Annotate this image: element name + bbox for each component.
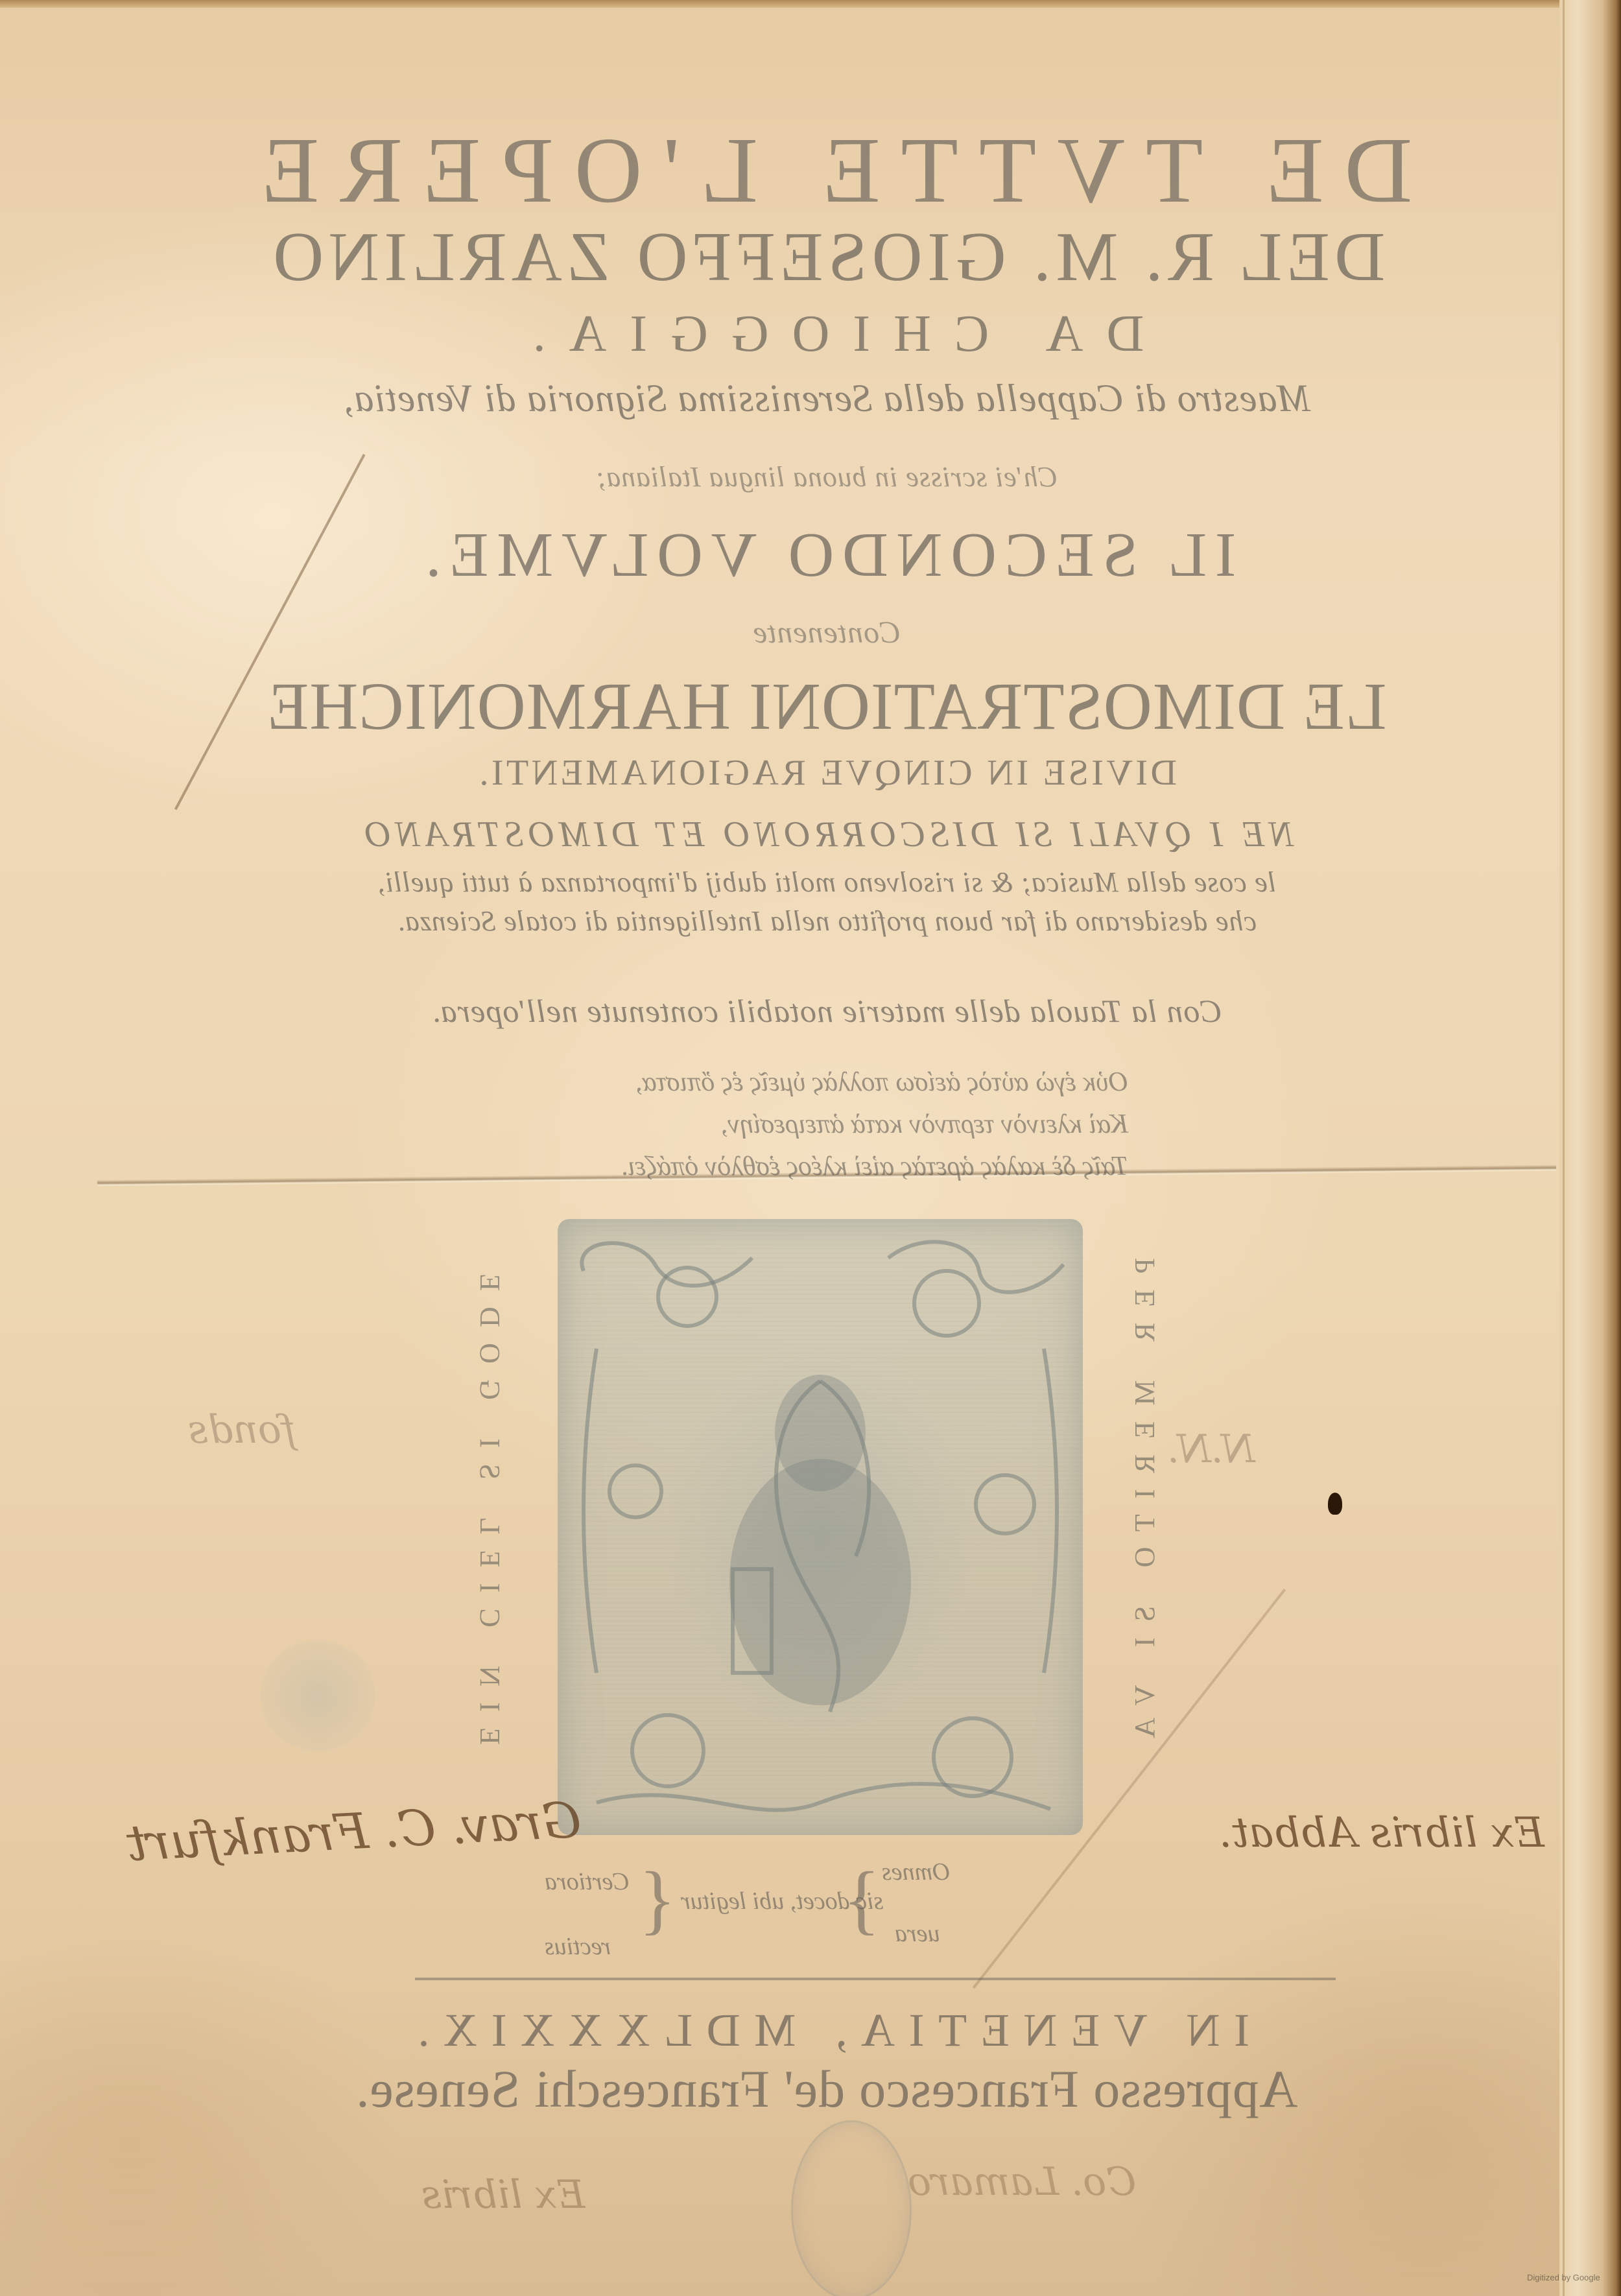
description-heading: NE I QVALI SI DISCORRONO ET DIMOSTRANO [195, 814, 1459, 855]
imprint-publisher: Appresso Francesco de' Franceschi Senese… [195, 2059, 1459, 2120]
embossed-seal [791, 2120, 912, 2296]
ink-blot [1328, 1493, 1342, 1515]
colophon-right-bottom: rectius [545, 1932, 611, 1961]
description-line-2: che desiderano di far buon profitto nell… [195, 905, 1459, 938]
printers-device-woodcut [558, 1219, 1083, 1835]
imprint-rule [415, 1978, 1336, 1980]
greek-epigraph-line-3: Ταῖς δὲ καλὰς ἀρετὰς αἰεὶ κλέος ἐσθλὸν ὀ… [480, 1151, 1128, 1182]
colophon-right-top: Certiora [545, 1867, 630, 1896]
greek-epigraph-line-2: Καὶ κλεινὸν τερπνὸν κατὰ ἀπειρεσίην, [480, 1109, 1128, 1140]
work-subtitle: DIVISE IN CINQVE RAGIONAMENTI. [195, 752, 1459, 794]
device-motto-left: EIN CIEL SI GODE [473, 1258, 506, 1745]
handwritten-note-lower-left: Grav. C. Frankfurt [125, 1791, 582, 1873]
title-line-1: DE TVTTE L'OPERE [195, 117, 1459, 224]
title-language-note: Ch'ei scrisse in buona lingua Italiana; [195, 460, 1459, 493]
title-office: Maestro di Cappella della Serenissima Si… [195, 376, 1459, 421]
brace-icon: { [843, 1854, 881, 1944]
handwritten-note-bottom-left: Ex libris [421, 2172, 585, 2218]
title-origin: DA CHIOGGIA. [195, 305, 1459, 364]
handwritten-note-faint-right: N.N. [1167, 1426, 1255, 1472]
faint-round-stamp [259, 1640, 376, 1751]
handwritten-note-lower-right: Ex libris Abbat. [1219, 1809, 1544, 1857]
handwritten-note-faint-left: fonds [188, 1407, 296, 1452]
binding-gutter [1559, 0, 1621, 2296]
greek-epigraph-line-1: Οὐκ ἐγὼ αὐτὸς ἀείσω πολλὰς ὑμεῖς ἐς ὄπισ… [480, 1067, 1128, 1098]
colophon-left-bottom: uera [895, 1919, 940, 1948]
device-motto-right: PER MERITO SI VA [1128, 1258, 1161, 1754]
brace-icon: } [639, 1854, 676, 1944]
colophon-left-top: Omnes [882, 1858, 951, 1886]
title-author: DEL R. M. GIOSEFFO ZARLINO [195, 217, 1459, 298]
description-line-1: le cose della Musica; & si risolveno mol… [195, 866, 1459, 899]
index-note: Con la Tauola delle materie notabili con… [195, 992, 1459, 1030]
handwritten-note-bottom-right: Co. Lamaro [908, 2159, 1136, 2205]
parchment-page: DE TVTTE L'OPERE DEL R. M. GIOSEFFO ZARL… [0, 0, 1621, 2296]
contenente-label: Contenente [195, 615, 1459, 650]
ornament-scroll-icon [558, 1219, 1083, 1835]
work-title: LE DIMOSTRATIONI HARMONICHE [195, 668, 1459, 745]
digitized-watermark: Digitized by Google [1527, 2273, 1600, 2282]
page-top-edge [0, 0, 1621, 8]
volume-heading: IL SECONDO VOLVME. [195, 519, 1459, 591]
binding-fold-line [1563, 0, 1565, 2296]
imprint-place-date: IN VENETIA, MDLXXXIX. [195, 2004, 1459, 2057]
